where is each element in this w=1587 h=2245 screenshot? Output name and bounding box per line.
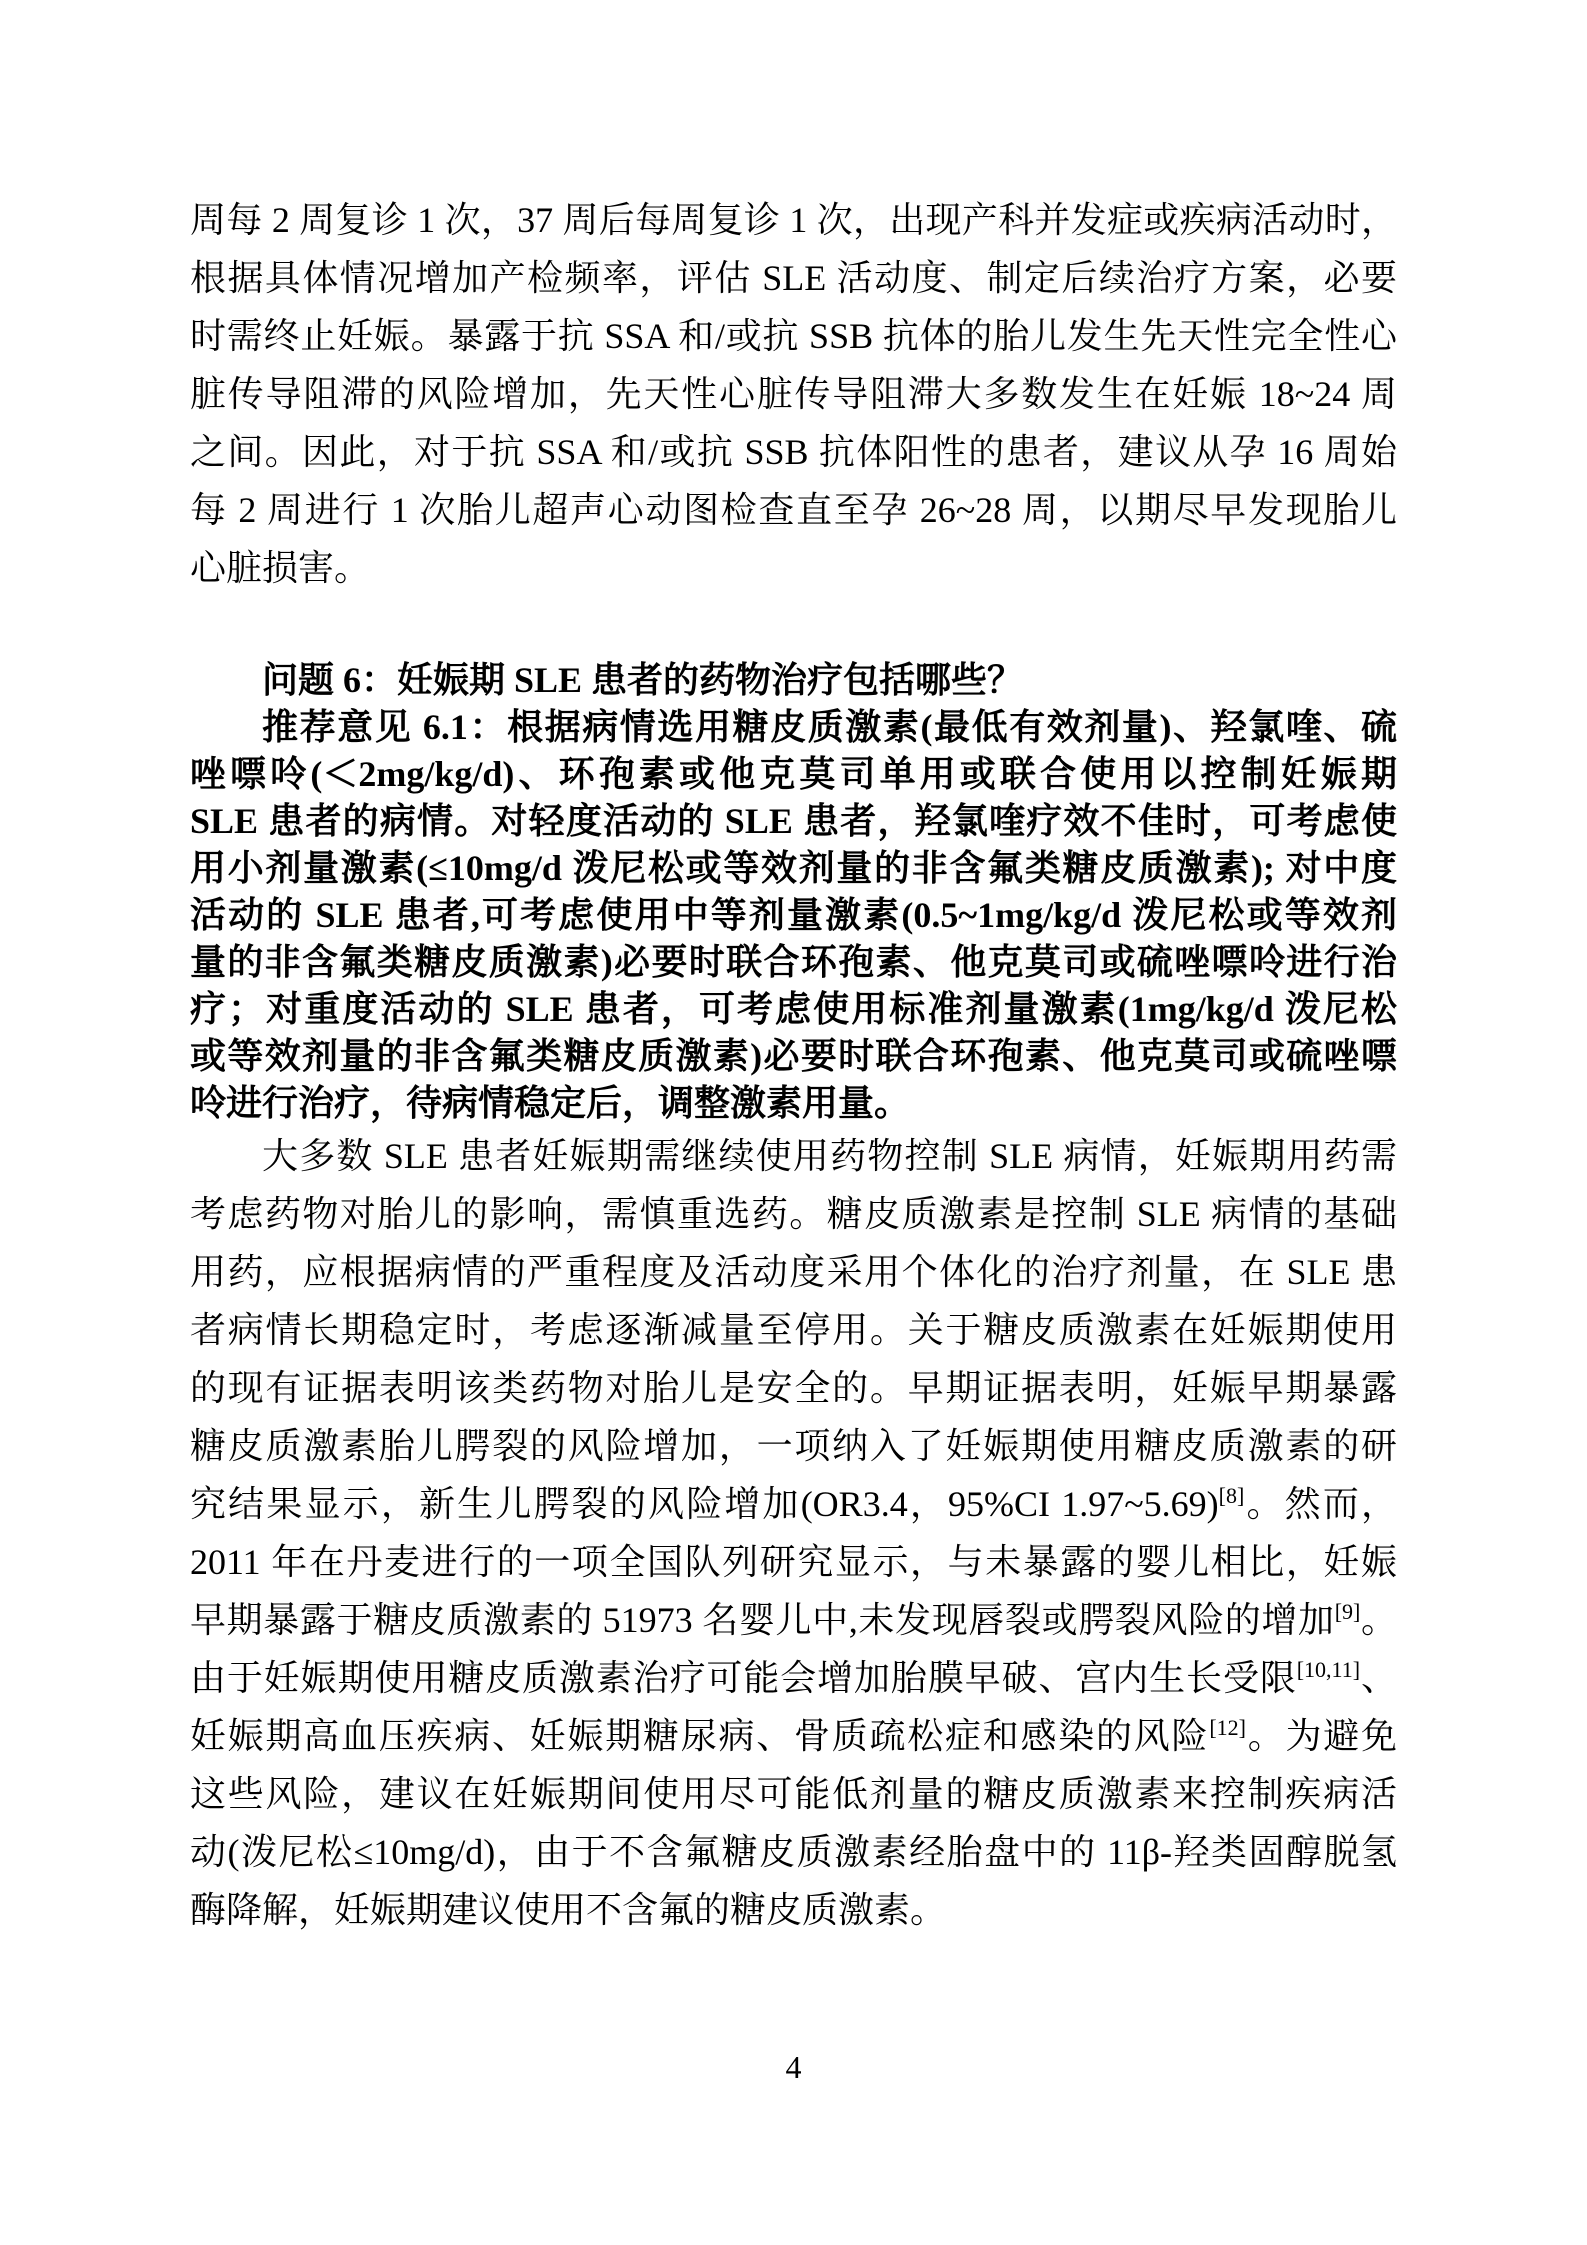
text-line: 用药，应根据病情的严重程度及活动度采用个体化的治疗剂量，在 SLE 患 (190, 1243, 1397, 1301)
text-line: 究结果显示，新生儿腭裂的风险增加(OR3.4，95%CI 1.97~5.69)[… (190, 1475, 1397, 1533)
text-line: 推荐意见 6.1：根据病情选用糖皮质激素(最低有效剂量)、羟氯喹、硫 (190, 704, 1397, 751)
text-line: 周每 2 周复诊 1 次，37 周后每周复诊 1 次，出现产科并发症或疾病活动时… (190, 191, 1397, 249)
text-line: 2011 年在丹麦进行的一项全国队列研究显示，与未暴露的婴儿相比，妊娠 (190, 1533, 1397, 1591)
page-number: 4 (0, 2042, 1587, 2092)
text-line: 糖皮质激素胎儿腭裂的风险增加，一项纳入了妊娠期使用糖皮质激素的研 (190, 1417, 1397, 1475)
reference-superscript: [9] (1335, 1599, 1361, 1624)
paragraph-continuation: 周每 2 周复诊 1 次，37 周后每周复诊 1 次，出现产科并发症或疾病活动时… (190, 191, 1397, 597)
text-line: 的现有证据表明该类药物对胎儿是安全的。早期证据表明，妊娠早期暴露 (190, 1359, 1397, 1417)
text-line: 动(泼尼松≤10mg/d)，由于不含氟糖皮质激素经胎盘中的 11β-羟类固醇脱氢 (190, 1823, 1397, 1881)
reference-superscript: [10,11] (1297, 1657, 1360, 1682)
text-line: 大多数 SLE 患者妊娠期需继续使用药物控制 SLE 病情，妊娠期用药需 (190, 1127, 1397, 1185)
text-line: 时需终止妊娠。暴露于抗 SSA 和/或抗 SSB 抗体的胎儿发生先天性完全性心 (190, 307, 1397, 365)
text-line: 呤进行治疗，待病情稳定后，调整激素用量。 (190, 1080, 1397, 1127)
text-line: 之间。因此，对于抗 SSA 和/或抗 SSB 抗体阳性的患者，建议从孕 16 周… (190, 423, 1397, 481)
text-line: 妊娠期高血压疾病、妊娠期糖尿病、骨质疏松症和感染的风险[12]。为避免 (190, 1707, 1397, 1765)
discussion-paragraph: 大多数 SLE 患者妊娠期需继续使用药物控制 SLE 病情，妊娠期用药需考虑药物… (190, 1127, 1397, 1939)
document-page: { "page": { "number": "4" }, "colors": {… (0, 0, 1587, 2245)
text-line: 活动的 SLE 患者,可考虑使用中等剂量激素(0.5~1mg/kg/d 泼尼松或… (190, 892, 1397, 939)
reference-superscript: [8] (1219, 1483, 1245, 1508)
text-line: 用小剂量激素(≤10mg/d 泼尼松或等效剂量的非含氟类糖皮质激素); 对中度 (190, 845, 1397, 892)
text-line: 者病情长期稳定时，考虑逐渐减量至停用。关于糖皮质激素在妊娠期使用 (190, 1301, 1397, 1359)
reference-superscript: [12] (1209, 1715, 1246, 1740)
text-line: 心脏损害。 (190, 539, 1397, 597)
page-content: 周每 2 周复诊 1 次，37 周后每周复诊 1 次，出现产科并发症或疾病活动时… (190, 191, 1397, 1939)
text-line: 早期暴露于糖皮质激素的 51973 名婴儿中,未发现唇裂或腭裂风险的增加[9]。 (190, 1591, 1397, 1649)
text-line: 疗；对重度活动的 SLE 患者，可考虑使用标准剂量激素(1mg/kg/d 泼尼松 (190, 986, 1397, 1033)
text-line: 量的非含氟类糖皮质激素)必要时联合环孢素、他克莫司或硫唑嘌呤进行治 (190, 939, 1397, 986)
text-line: 酶降解，妊娠期建议使用不含氟的糖皮质激素。 (190, 1881, 1397, 1939)
text-line: SLE 患者的病情。对轻度活动的 SLE 患者，羟氯喹疗效不佳时，可考虑使 (190, 798, 1397, 845)
text-line: 唑嘌呤(＜2mg/kg/d)、环孢素或他克莫司单用或联合使用以控制妊娠期 (190, 751, 1397, 798)
text-line: 脏传导阻滞的风险增加，先天性心脏传导阻滞大多数发生在妊娠 18~24 周 (190, 365, 1397, 423)
text-line: 由于妊娠期使用糖皮质激素治疗可能会增加胎膜早破、宫内生长受限[10,11]、 (190, 1649, 1397, 1707)
question-6-heading: 问题 6：妊娠期 SLE 患者的药物治疗包括哪些？ (190, 657, 1397, 704)
text-line: 这些风险，建议在妊娠期间使用尽可能低剂量的糖皮质激素来控制疾病活 (190, 1765, 1397, 1823)
text-line: 问题 6：妊娠期 SLE 患者的药物治疗包括哪些？ (190, 657, 1397, 704)
recommendation-6-1: 推荐意见 6.1：根据病情选用糖皮质激素(最低有效剂量)、羟氯喹、硫唑嘌呤(＜2… (190, 704, 1397, 1127)
text-line: 考虑药物对胎儿的影响，需慎重选药。糖皮质激素是控制 SLE 病情的基础 (190, 1185, 1397, 1243)
text-line: 每 2 周进行 1 次胎儿超声心动图检查直至孕 26~28 周，以期尽早发现胎儿 (190, 481, 1397, 539)
text-line: 根据具体情况增加产检频率，评估 SLE 活动度、制定后续治疗方案，必要 (190, 249, 1397, 307)
text-line: 或等效剂量的非含氟类糖皮质激素)必要时联合环孢素、他克莫司或硫唑嘌 (190, 1033, 1397, 1080)
